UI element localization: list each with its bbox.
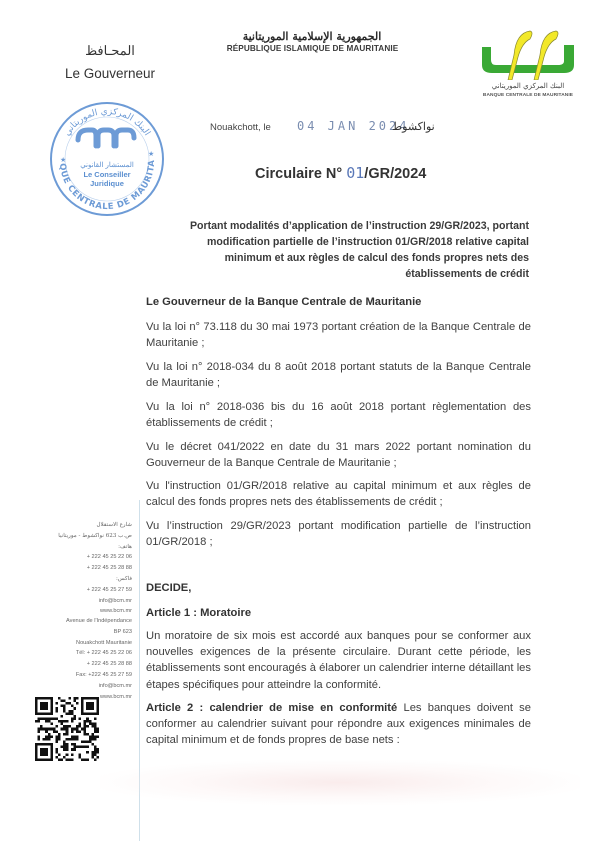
visa-text: Vu la loi n° 73.118 du 30 mai 1973 porta…: [146, 319, 531, 351]
place-date-label: Nouakchott, le: [210, 122, 271, 133]
svg-text:Le Conseiller: Le Conseiller: [83, 170, 130, 179]
republic-name-french: RÉPUBLIQUE ISLAMIQUE DE MAURITANIE: [205, 44, 420, 53]
contact-arabic: شارع الاستقلال ص.ب 623 نواكشوط - موريتان…: [20, 520, 132, 617]
logo-caption-french: BANQUE CENTRALE DE MAURITANIE: [474, 93, 582, 98]
visa-text: Vu la loi n° 2018-034 du 8 août 2018 por…: [146, 359, 531, 391]
visa-text: Vu l’instruction 29/GR/2023 portant modi…: [146, 518, 531, 550]
article-text: Un moratoire de six mois est accordé aux…: [146, 628, 531, 693]
bcm-logo-icon: [478, 25, 578, 80]
contact-line: Avenue de l'Indépendance: [20, 616, 132, 627]
governor-title-arabic: المحـافظ: [60, 44, 160, 59]
circular-number: Circulaire N° 01/GR/2024: [255, 164, 426, 182]
contact-line: ص.ب 623 نواكشوط - موريتانيا: [20, 531, 132, 542]
logo-caption-arabic: البنك المركزي الموريتاني: [480, 82, 576, 90]
scan-smudge: [100, 760, 580, 805]
city-arabic: نواكشوط: [392, 120, 435, 133]
article-1-title: Article 1 : Moratoire: [146, 605, 531, 621]
decide-text: DECIDE,: [146, 580, 531, 596]
article-title: Article 1 : Moratoire: [146, 605, 531, 621]
svg-text:★: ★: [148, 150, 154, 158]
article-2: Article 2 : calendrier de mise en confor…: [146, 700, 531, 749]
visa-4: Vu le décret 041/2022 en date du 31 mars…: [146, 439, 531, 471]
contact-line: + 222 45 25 27 59: [20, 585, 132, 596]
visa-2: Vu la loi n° 2018-034 du 8 août 2018 por…: [146, 359, 531, 391]
contact-line: فاكس:: [20, 574, 132, 585]
visa-text: Vu l'instruction 01/GR/2018 relative au …: [146, 478, 531, 510]
article-1-body: Un moratoire de six mois est accordé aux…: [146, 628, 531, 693]
governor-title-french: Le Gouverneur: [55, 66, 165, 81]
visa-5: Vu l'instruction 01/GR/2018 relative au …: [146, 478, 531, 510]
circular-subject: Portant modalités d’application de l’ins…: [165, 218, 529, 282]
circular-suffix: /GR/2024: [364, 166, 426, 182]
circular-prefix: Circulaire N°: [255, 166, 342, 182]
decide-heading: DECIDE,: [146, 580, 531, 596]
visa-1: Vu la loi n° 73.118 du 30 mai 1973 porta…: [146, 319, 531, 351]
republic-name-arabic: الجمهورية الإسلامية الموريتانية: [212, 30, 412, 43]
contact-line: هاتف:: [20, 542, 132, 553]
article-title: Article 2 : calendrier de mise en confor…: [146, 702, 397, 714]
contact-line: Nouakchott Mauritanie: [20, 638, 132, 649]
svg-text:★: ★: [60, 156, 66, 164]
svg-text:Juridique: Juridique: [90, 179, 124, 188]
contact-line: Tél: + 222 45 25 22 06: [20, 648, 132, 659]
contact-line: BP 623: [20, 627, 132, 638]
official-stamp-icon: BANQUE CENTRALE DE MAURITANIE البنك المر…: [48, 100, 166, 218]
contact-line: + 222 45 25 28 88: [20, 659, 132, 670]
contact-line: + 222 45 25 28 88: [20, 563, 132, 574]
authority-line: Le Gouverneur de la Banque Centrale de M…: [146, 294, 531, 310]
circular-handwritten-number: 01: [346, 164, 364, 182]
contact-email[interactable]: info@bcm.mr: [20, 596, 132, 607]
contact-line: شارع الاستقلال: [20, 520, 132, 531]
qr-code-icon[interactable]: [35, 697, 99, 761]
contact-line: + 222 45 25 22 06: [20, 552, 132, 563]
contact-line: Fax: +222 45 25 27 59: [20, 670, 132, 681]
svg-text:المستشار القانوني: المستشار القانوني: [80, 161, 134, 169]
visa-6: Vu l’instruction 29/GR/2023 portant modi…: [146, 518, 531, 550]
visa-3: Vu la loi n° 2018-036 bis du 16 août 201…: [146, 399, 531, 431]
contact-french: Avenue de l'Indépendance BP 623 Nouakcho…: [20, 616, 132, 702]
visa-text: Vu la loi n° 2018-036 bis du 16 août 201…: [146, 399, 531, 431]
contact-email[interactable]: info@bcm.mr: [20, 681, 132, 692]
authority-text: Le Gouverneur de la Banque Centrale de M…: [146, 294, 531, 310]
visa-text: Vu le décret 041/2022 en date du 31 mars…: [146, 439, 531, 471]
